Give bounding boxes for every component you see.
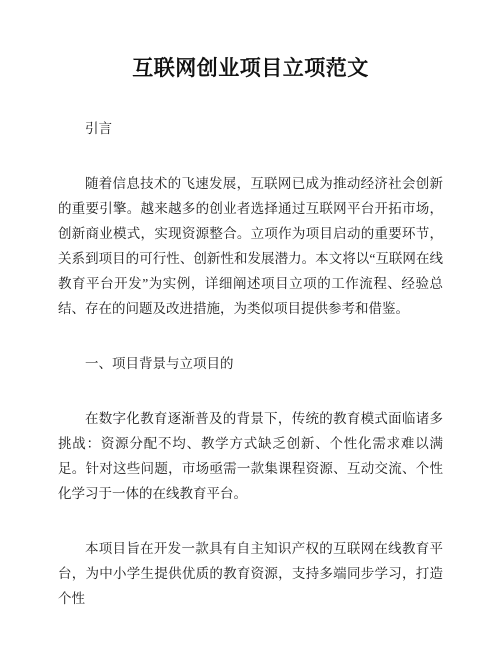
document-body: 引言随着信息技术的飞速发展，互联网已成为推动经济社会创新的重要引擎。越来越多的创… [58, 116, 443, 611]
body-paragraph: 本项目旨在开发一款具有自主知识产权的互联网在线教育平台，为中小学生提供优质的教育… [58, 536, 443, 611]
section-heading: 引言 [58, 116, 443, 141]
section-heading: 一、项目背景与立项目的 [58, 351, 443, 376]
body-paragraph: 随着信息技术的飞速发展，互联网已成为推动经济社会创新的重要引擎。越来越多的创业者… [58, 171, 443, 321]
document-title: 互联网创业项目立项范文 [58, 56, 443, 82]
body-paragraph: 在数字化教育逐渐普及的背景下，传统的教育模式面临诸多挑战：资源分配不均、教学方式… [58, 406, 443, 506]
document-page: 互联网创业项目立项范文 引言随着信息技术的飞速发展，互联网已成为推动经济社会创新… [0, 0, 500, 647]
